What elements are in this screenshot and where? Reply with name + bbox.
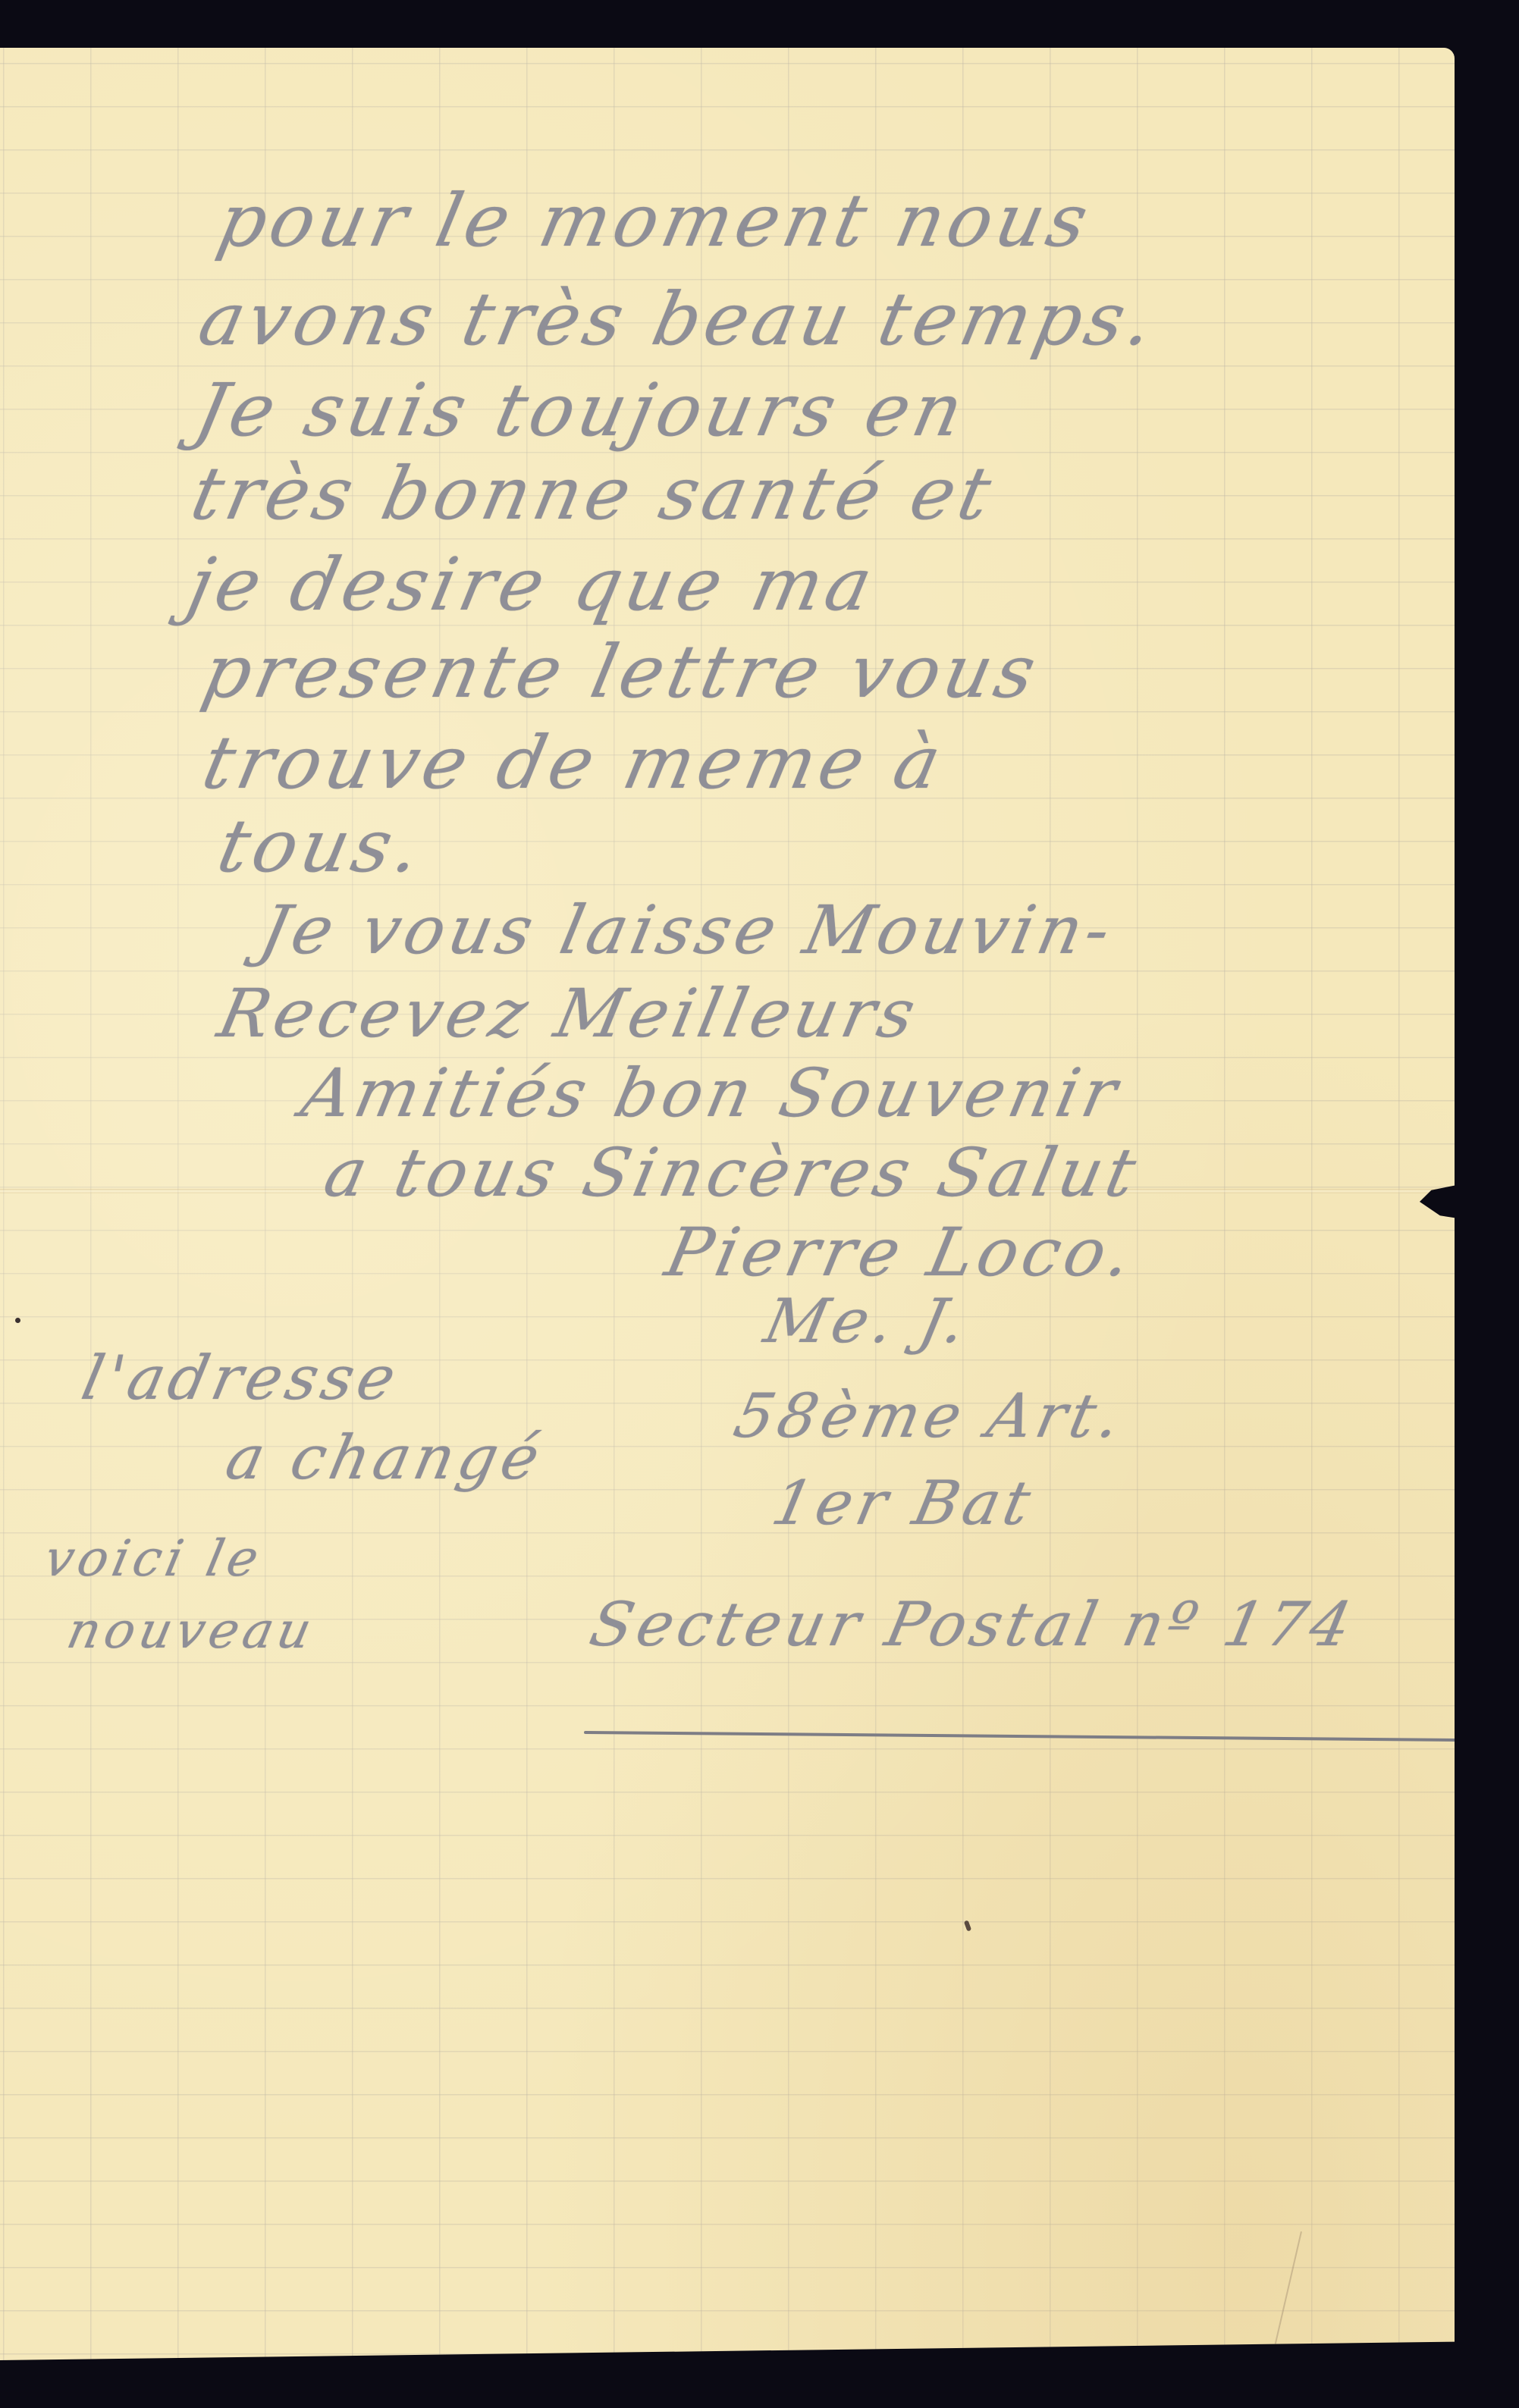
address-underline [584,1731,1456,1742]
closing-line-1: Je vous laisse Mouvin- [255,897,1121,964]
address-note-line-4: nouveau [63,1606,320,1656]
closing-line-2: Recevez Meilleurs [213,980,925,1047]
body-line-1: pour le moment nous [212,184,1098,257]
address-battalion: 1er Bat [767,1473,1040,1534]
signature: Pierre Loco. [661,1219,1141,1286]
paper-speck [964,1920,971,1931]
body-line-7: trouve de meme à [197,726,951,799]
address-regiment: 58ème Art. [729,1386,1129,1447]
body-line-4: très bonne santé et [186,457,1001,530]
closing-line-4: a tous Sincères Salut [319,1140,1146,1206]
body-line-6: presente lettre vous [197,635,1046,708]
address-recipient: Me. J. [759,1291,974,1352]
body-line-8: tous. [212,810,431,883]
ink-dot [15,1318,20,1323]
body-line-5: je desire que ma [182,548,883,621]
letter-page: pour le moment nous avons très beau temp… [0,48,1455,2360]
body-line-2: avons très beau temps. [193,283,1164,356]
closing-line-3: Amitiés bon Souvenir [297,1060,1127,1127]
body-line-3: Je suis toujours en [190,374,974,447]
corner-crease [1265,2231,1302,2387]
address-note-line-3: voici le [40,1534,267,1584]
address-postal-sector: Secteur Postal nº 174 [585,1594,1361,1655]
address-note-line-1: l'adresse [77,1348,405,1409]
address-note-line-2: a changé [221,1428,548,1488]
